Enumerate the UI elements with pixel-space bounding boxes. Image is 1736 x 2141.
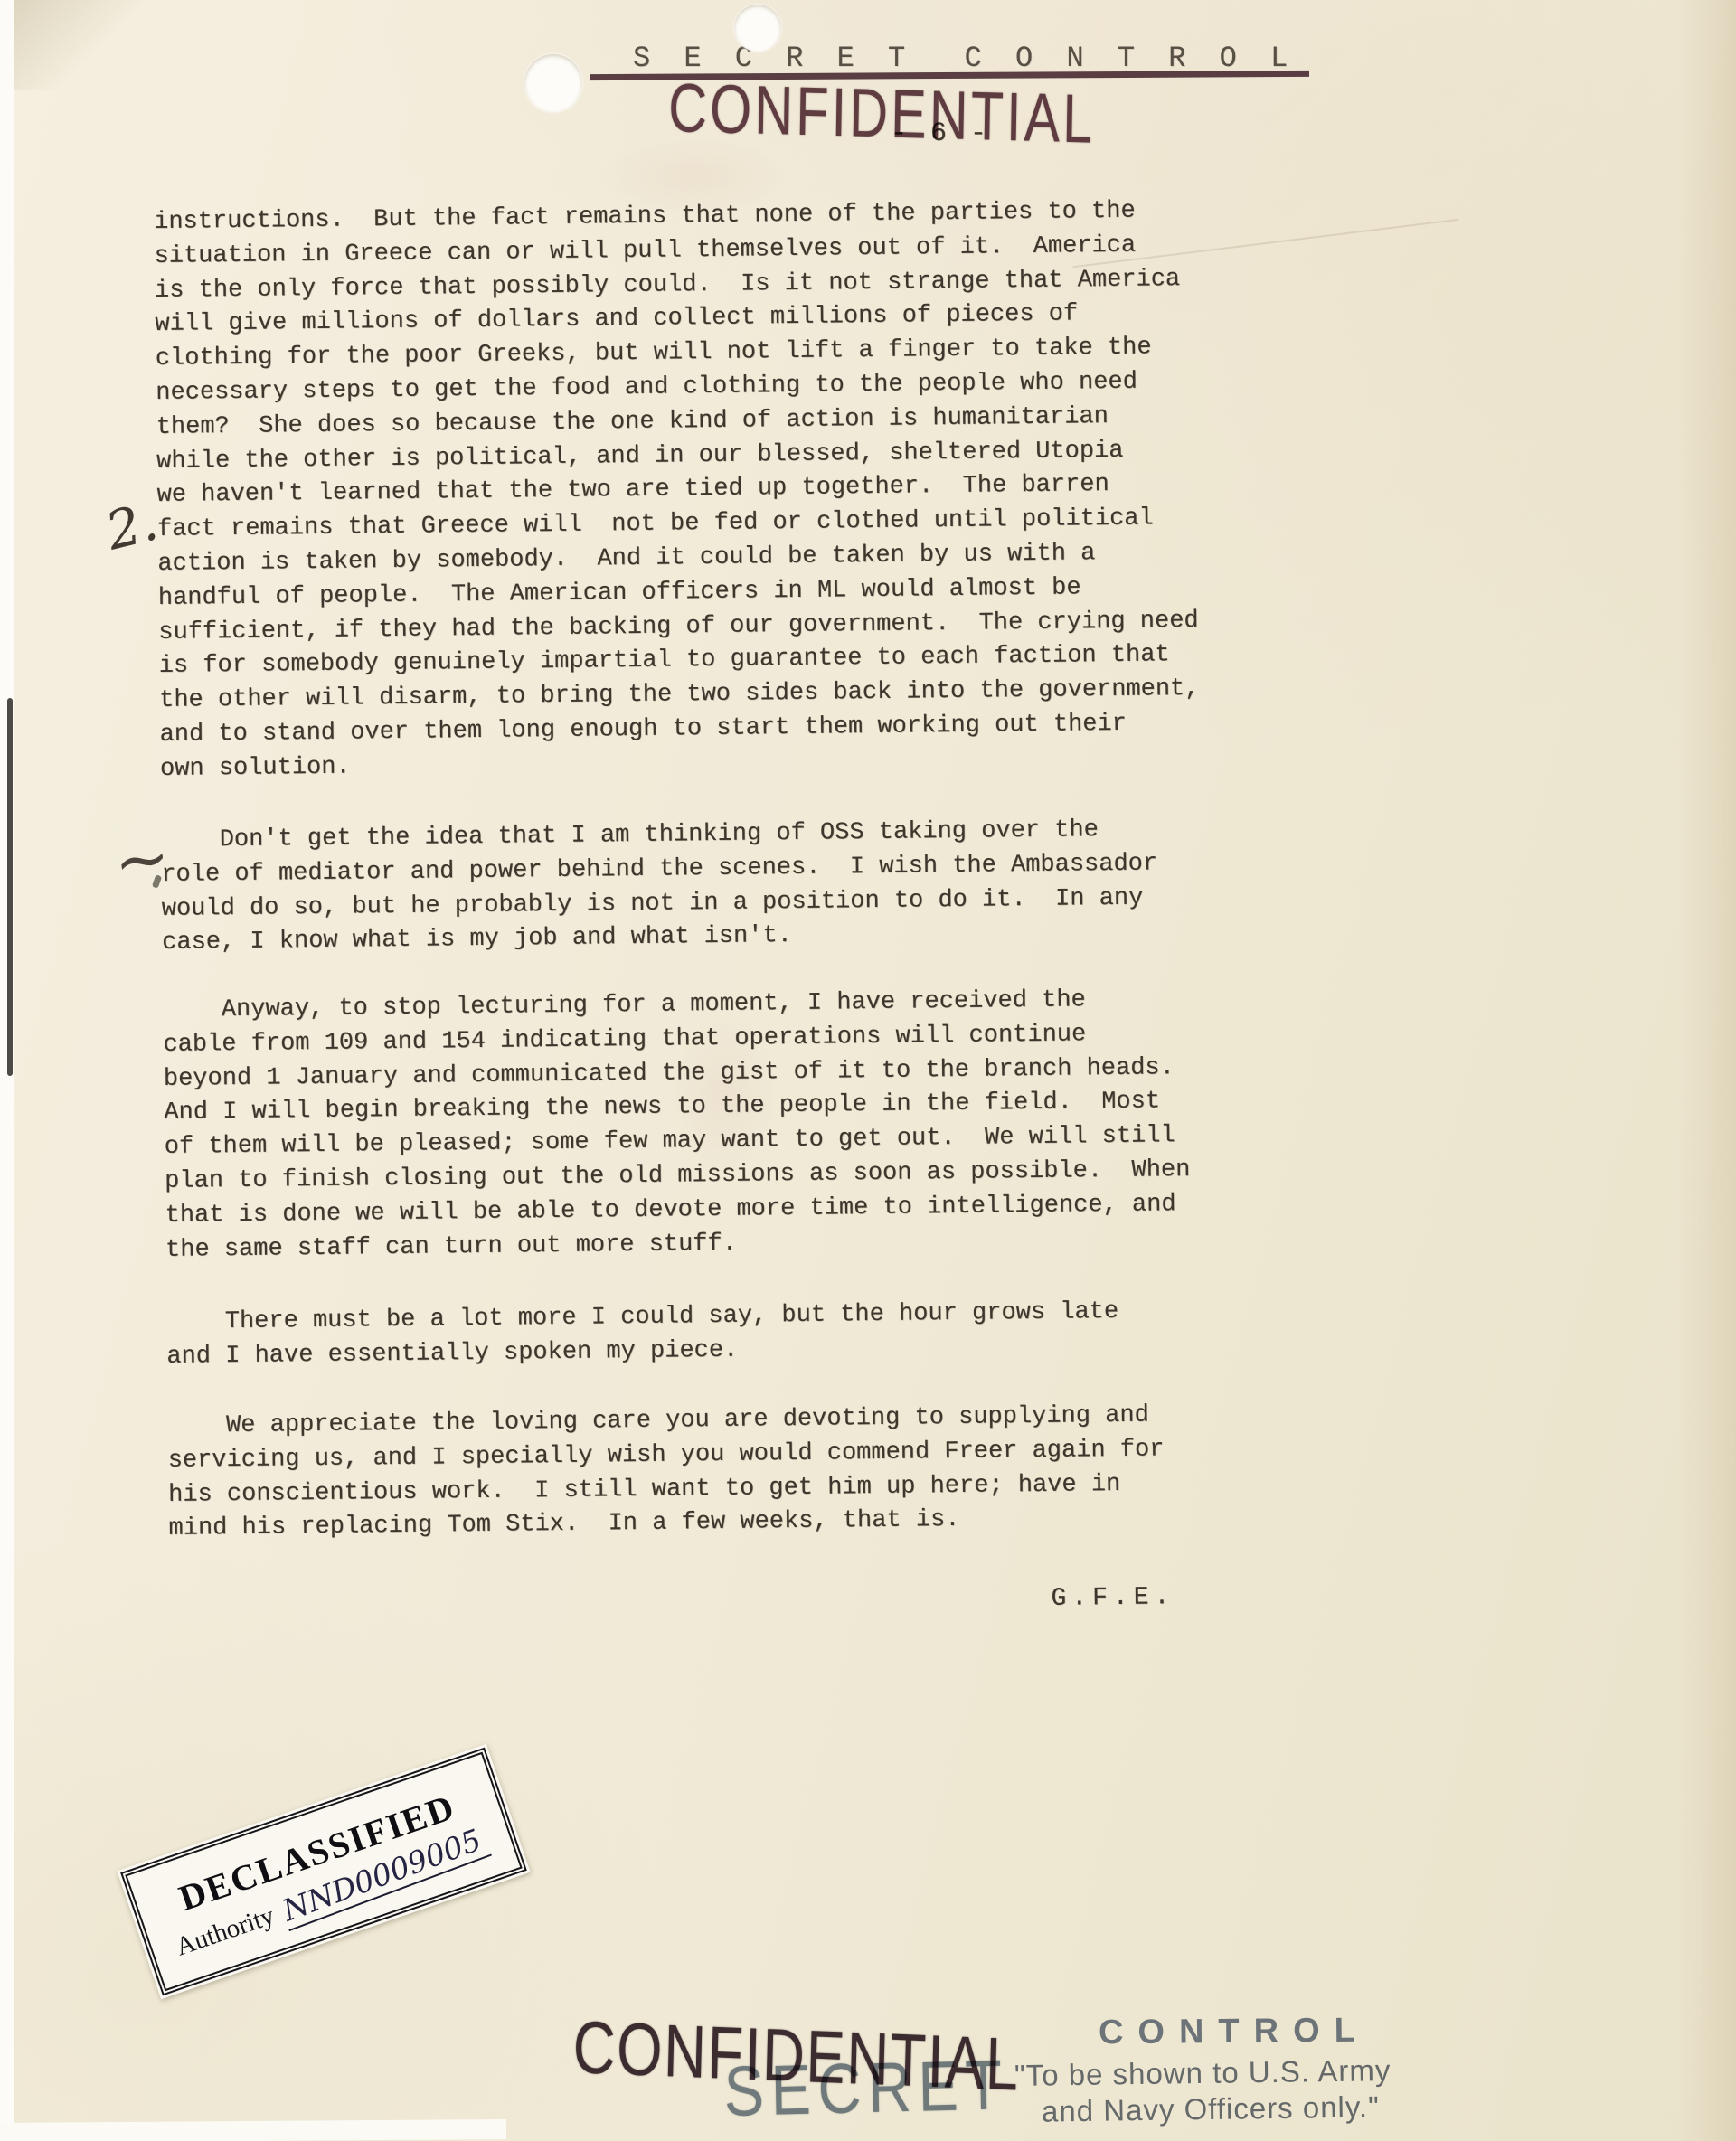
control-stamp: CONTROL bbox=[1099, 2012, 1370, 2053]
letter-paragraph: Don't get the idea that I am thinking of… bbox=[161, 813, 1158, 961]
letter-body: instructions. But the fact remains that … bbox=[0, 0, 1736, 2141]
restriction-stamp-line1: "To be shown to U.S. Army bbox=[1014, 2053, 1392, 2093]
confidential-stamp-top: CONFIDENTIAL bbox=[668, 69, 1097, 159]
punch-hole bbox=[734, 5, 781, 52]
signature-initials: G.F.E. bbox=[1051, 1583, 1175, 1613]
scan-edge-dark-line bbox=[7, 698, 13, 1076]
letter-paragraph: There must be a lot more I could say, bu… bbox=[166, 1296, 1119, 1375]
scanned-document-page: S E C R E T C O N T R O L CONFIDENTIAL -… bbox=[0, 0, 1736, 2141]
punch-hole bbox=[524, 54, 582, 112]
secret-stamp-bottom: SECRET bbox=[723, 2043, 1009, 2133]
letter-paragraph: instructions. But the fact remains that … bbox=[154, 194, 1201, 788]
restriction-stamp-line2: and Navy Officers only." bbox=[1042, 2089, 1380, 2128]
letter-paragraph: Anyway, to stop lecturing for a moment, … bbox=[163, 983, 1192, 1268]
scan-edge-bottom bbox=[0, 2119, 506, 2141]
letter-paragraph: We appreciate the loving care you are de… bbox=[167, 1399, 1165, 1547]
